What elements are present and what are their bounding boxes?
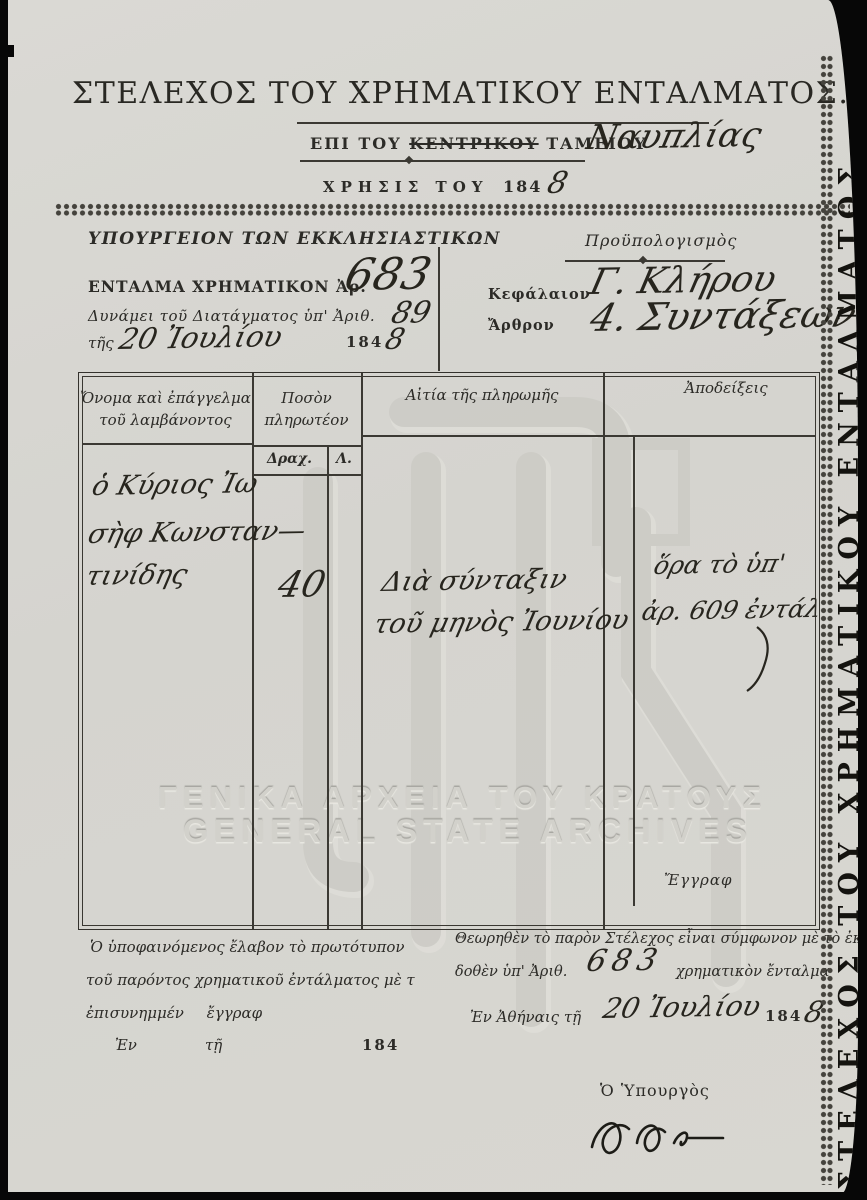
- header-underline-col3-4: [361, 435, 816, 437]
- treasury-prefix: ΕΠΙ ΤΟΥ: [310, 134, 402, 153]
- scanned-document-page: ΓΕΝΙΚΑ ΑΡΧΕΙΑ ΤΟΥ ΚΡΑΤΟΥΣ GENERAL STATE …: [0, 0, 867, 1200]
- usage-line: ΧΡΗΣΙΣ ΤΟΥ: [323, 178, 488, 196]
- footer-right-year-printed: 184: [765, 1007, 802, 1025]
- usage-year-handwritten: 8: [544, 166, 571, 201]
- rule-below-treasury: [300, 160, 585, 162]
- ministry-name: ΥΠΟΥΡΓΕΙΟΝ ΤΩΝ ΕΚΚΛΗΣΙΑΣΤΙΚΩΝ: [88, 229, 501, 249]
- footer-left-date-article: τῇ: [205, 1036, 222, 1054]
- receipt-flourish-icon: [739, 625, 779, 695]
- col-divider-2: [361, 373, 363, 929]
- payee-name-line3: τινίδης: [83, 559, 191, 592]
- table-footnote-eggraf: Ἔγγραφ: [664, 871, 733, 889]
- subheader-drachmas: Δραχ.: [252, 451, 327, 467]
- usage-year-printed: 184: [503, 177, 542, 196]
- article-label: Ἄρθρον: [488, 317, 555, 334]
- rule-diamond-ornament-icon: [405, 156, 413, 164]
- paper-sheet: ΓΕΝΙΚΑ ΑΡΧΕΙΑ ΤΟΥ ΚΡΑΤΟΥΣ GENERAL STATE …: [8, 0, 858, 1193]
- bead-band-vertical-icon: [820, 55, 833, 1185]
- header-column-divider: [438, 247, 440, 371]
- col1-header-line2: τοῦ λαμβάνοντος: [79, 411, 252, 429]
- receipt-line2: ἀρ. 609 ἐντάλ: [639, 594, 825, 626]
- budget-heading: Προϋπολογισμὸς: [585, 231, 737, 250]
- warrant-number-handwritten: 683: [340, 249, 436, 301]
- header-underline-col2: [252, 445, 361, 447]
- receipt-line1: ὅρα τὸ ὑπ': [651, 549, 788, 580]
- scan-edge-bottom: [0, 1192, 867, 1200]
- article-value-handwritten: 4. Συντάξεων: [586, 291, 858, 340]
- col-divider-3: [603, 373, 605, 929]
- usage-label: ΧΡΗΣΙΣ ΤΟΥ: [323, 178, 488, 196]
- cause-line2: τοῦ μηνὸς Ἰουνίου: [371, 605, 632, 640]
- col4-header: Ἀποδείξεις: [633, 379, 819, 397]
- chapter-label: Κεφάλαιον: [488, 286, 591, 303]
- footer-right-line2-prefix: δοθὲν ὑπ' Ἀριθ.: [455, 964, 567, 980]
- treasury-handwritten-value: Ναυπλίας: [583, 115, 766, 158]
- subheader-lepta: Λ.: [327, 451, 361, 467]
- col-divider-drachmas-lepta: [327, 445, 329, 929]
- col2-header-line2: πληρωτέον: [252, 411, 361, 429]
- footer-left-line3: ἐπισυνημμέν ἔγγραφ: [86, 1004, 262, 1022]
- footer-right-date-handwritten: 20 Ἰουλίου: [600, 989, 764, 1025]
- footer-right-warrant-number-handwritten: 683: [583, 943, 667, 979]
- decree-year-handwritten: 8: [382, 322, 408, 356]
- col-divider-3b: [633, 437, 635, 906]
- subheader-underline-col2: [252, 474, 361, 476]
- footer-left-line1: Ὁ ὑποφαινόμενος ἔλαβον τὸ πρωτότυπον: [90, 938, 404, 956]
- payee-name-line1: ὁ Κύριος Ἰω: [89, 468, 261, 502]
- payee-name-line2: σὴφ Κωνσταν—: [85, 515, 309, 550]
- document-title: ΣΤΕΛΕΧΟΣ ΤΟΥ ΧΡΗΜΑΤΙΚΟΥ ΕΝΤΑΛΜΑΤΟΣ.: [72, 76, 812, 111]
- bead-band-horizontal-icon: [55, 203, 850, 216]
- scan-edge-left: [0, 0, 8, 1200]
- col2-header-line1: Ποσὸν: [252, 389, 361, 407]
- col3-header: Αἰτία τῆς πληρωμῆς: [361, 386, 603, 404]
- minister-signature-scribble-icon: [586, 1103, 756, 1165]
- footer-right-line3-prefix: Ἐν Ἀθήναις τῇ: [470, 1008, 581, 1026]
- cause-line1: Διὰ σύνταξιν: [379, 564, 570, 598]
- side-vertical-title: ΣΤΕΛΕΧΟΣ ΤΟΥ ΧΡΗΜΑΤΙΚΟΥ ΕΝΤΑΛΜΑΤΟΣ: [834, 157, 858, 1190]
- scan-edge-left-notch: [0, 45, 14, 57]
- header-underline-col1: [82, 443, 252, 445]
- decree-year-printed: 184: [346, 333, 383, 351]
- payment-table-inner-border: [82, 376, 817, 927]
- col1-header-line1: Ὄνομα καὶ ἐπάγγελμα: [79, 389, 252, 407]
- decree-date-handwritten: 20 Ἰουλίου: [116, 319, 286, 356]
- warrant-label: ΕΝΤΑΛΜΑ ΧΡΗΜΑΤΙΚΟΝ Ἀρ.: [88, 277, 367, 296]
- decree-date-label: τῆς: [88, 334, 114, 352]
- treasury-struck-word: ΚΕΝΤΡΙΚΟΥ: [409, 134, 538, 153]
- amount-drachmas-handwritten: 40: [274, 564, 330, 606]
- minister-label: Ὁ Ὑπουργὸς: [600, 1081, 710, 1100]
- footer-left-place-label: Ἐν: [115, 1036, 137, 1054]
- footer-left-year-printed: 184: [362, 1036, 399, 1054]
- payment-table: Ὄνομα καὶ ἐπάγγελμα τοῦ λαμβάνοντος Ποσὸ…: [78, 372, 820, 930]
- footer-left-line2: τοῦ παρόντος χρηματικοῦ ἐντάλματος μὲ τ: [86, 971, 415, 989]
- footer-right-line2-suffix: χρηματικὸν ἔνταλμα: [676, 964, 829, 980]
